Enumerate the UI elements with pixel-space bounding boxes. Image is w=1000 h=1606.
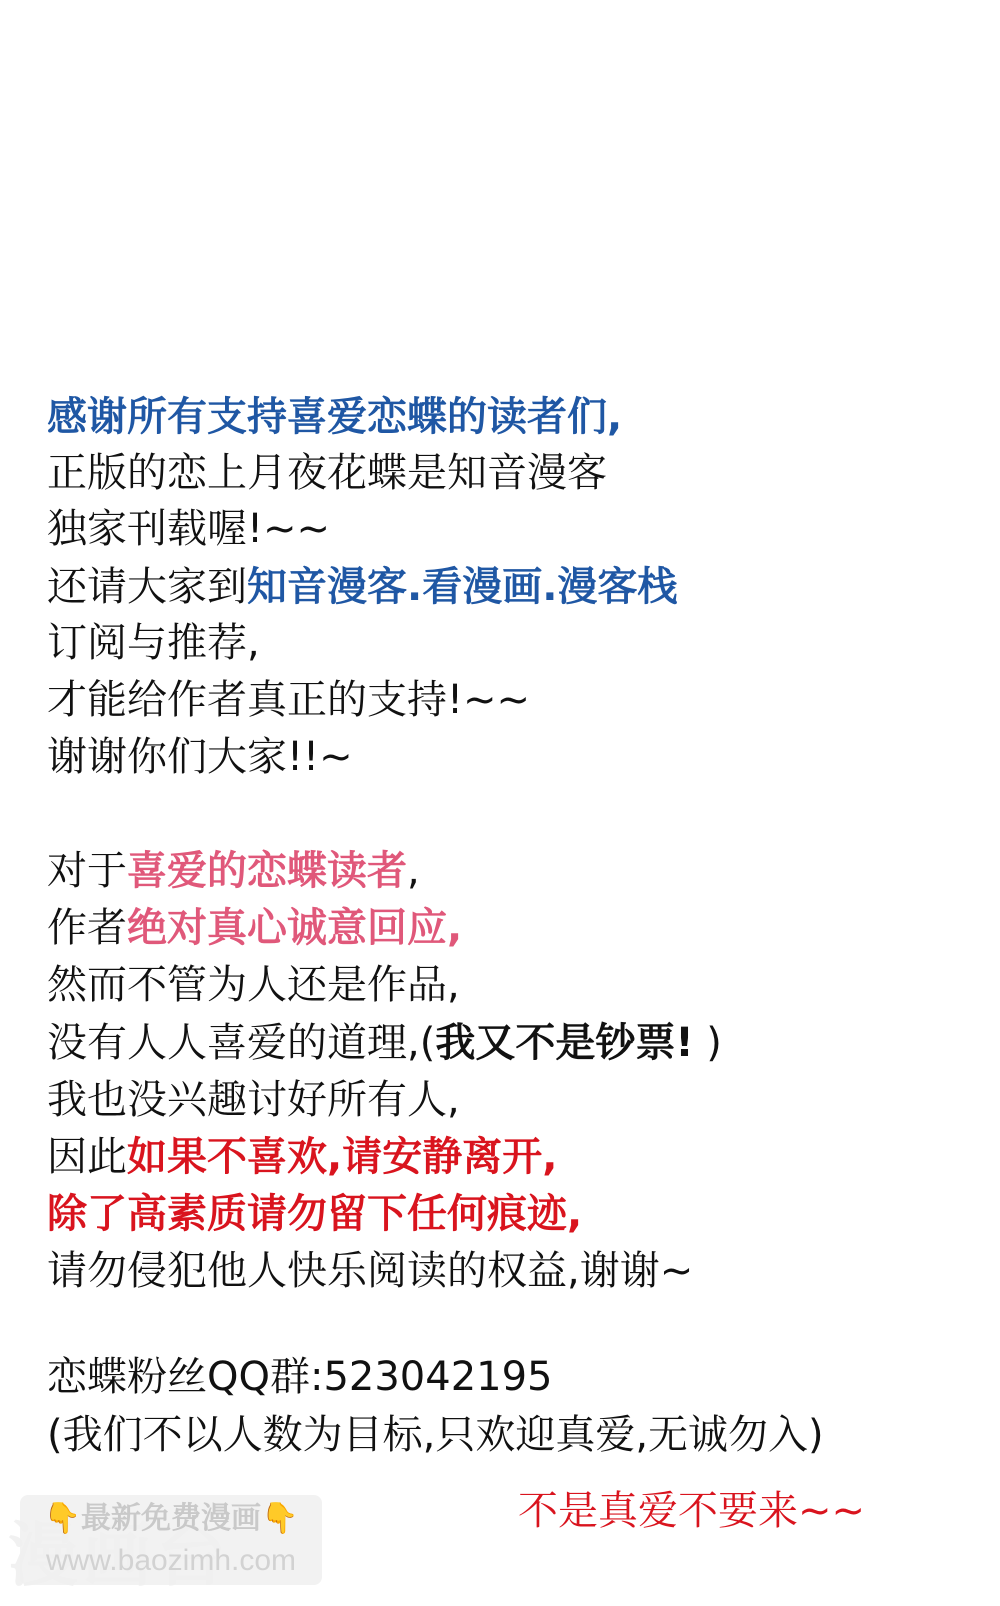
notice-line: 我也没兴趣讨好所有人,	[47, 1075, 460, 1125]
notice-line: 独家刊载喔!~~	[47, 504, 330, 554]
notice-line: 才能给作者真正的支持!~~	[47, 675, 530, 725]
highlight-pink: 喜爱的恋蝶读者	[127, 848, 407, 894]
notice-text: ,	[407, 848, 420, 894]
notice-text: 作者	[47, 905, 127, 951]
notice-line: 还请大家到知音漫客.看漫画.漫客栈	[47, 562, 677, 612]
notice-text: 还请大家到	[47, 564, 247, 610]
notice-line: 对于喜爱的恋蝶读者,	[47, 846, 420, 896]
notice-line: 请勿侵犯他人快乐阅读的权益,谢谢~	[47, 1246, 693, 1296]
notice-line: 正版的恋上月夜花蝶是知音漫客	[47, 448, 607, 498]
notice-line: 谢谢你们大家!!~	[47, 732, 353, 782]
highlight-red: 如果不喜欢,请安静离开,	[127, 1134, 557, 1180]
notice-line: 订阅与推荐,	[47, 618, 260, 668]
pointing-down-icon: 👇	[261, 1501, 298, 1536]
notice-page: 感谢所有支持喜爱恋蝶的读者们, 正版的恋上月夜花蝶是知音漫客 独家刊载喔!~~ …	[0, 0, 1000, 1606]
pointing-down-icon: 👇	[44, 1501, 81, 1536]
notice-text: 没有人人喜爱的道理,(	[47, 1020, 435, 1066]
watermark-title: 👇最新免费漫画👇	[20, 1499, 322, 1539]
thanks-heading: 感谢所有支持喜爱恋蝶的读者们,	[47, 392, 622, 442]
qq-group-line: 恋蝶粉丝QQ群:523042195	[47, 1352, 553, 1402]
platform-names: 知音漫客.看漫画.漫客栈	[247, 564, 677, 610]
notice-text: 因此	[47, 1134, 127, 1180]
footer-note: 不是真爱不要来~~	[518, 1486, 865, 1536]
notice-text: )	[694, 1020, 722, 1066]
highlight-red-line: 除了高素质请勿留下任何痕迹,	[47, 1189, 582, 1239]
highlight-pink: 绝对真心诚意回应,	[127, 905, 462, 951]
notice-line: 作者绝对真心诚意回应,	[47, 903, 462, 953]
bold-aside: 我又不是钞票!	[435, 1020, 693, 1066]
notice-line: 因此如果不喜欢,请安静离开,	[47, 1132, 557, 1182]
notice-line: 没有人人喜爱的道理,(我又不是钞票! )	[47, 1018, 722, 1068]
watermark-title-text: 最新免费漫画	[81, 1501, 261, 1536]
site-watermark[interactable]: 👇最新免费漫画👇 www.baozimh.com	[20, 1495, 322, 1585]
notice-line: 然而不管为人还是作品,	[47, 960, 460, 1010]
membership-note: (我们不以人数为目标,只欢迎真爱,无诚勿入)	[47, 1410, 824, 1460]
watermark-url[interactable]: www.baozimh.com	[20, 1541, 322, 1581]
notice-text: 对于	[47, 848, 127, 894]
